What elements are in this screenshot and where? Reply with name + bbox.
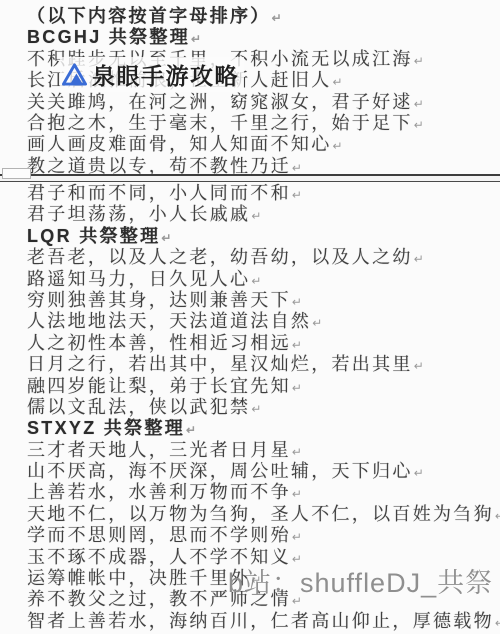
page-break-margin-box	[2, 168, 31, 179]
text-line: STXYZ 共祭整理↵	[27, 418, 494, 439]
paragraph-mark-icon: ↵	[292, 295, 302, 309]
text-line-content: 儒以文乱法，侠以武犯禁	[27, 397, 250, 417]
paragraph-mark-icon: ↵	[186, 423, 196, 437]
text-line: 融四岁能让梨，弟于长宜先知↵	[27, 376, 494, 397]
text-line-content: 三才者天地人，三光者日月星	[27, 440, 291, 460]
text-line-content: 上善若水，水善利万物而不争	[27, 482, 291, 502]
text-line-content: 合抱之木，生于毫末，千里之行，始于足下	[27, 113, 413, 133]
page-break-divider	[0, 174, 500, 182]
text-line-content: 路遥知马力，日久见人心	[27, 269, 250, 289]
text-line-content: 山不厌高，海不厌深，周公吐辅，天下归心	[27, 461, 413, 481]
text-line: 智者上善若水，海纳百川，仁者高山仰止，厚德载物↵	[27, 611, 494, 632]
text-line-content: 关关雎鸠，在河之洲，窈窕淑女，君子好逑	[27, 92, 413, 112]
text-line-content: 融四岁能让梨，弟于长宜先知	[27, 376, 291, 396]
text-line-content: （以下内容按首字母排序）	[27, 6, 271, 26]
paragraph-mark-icon: ↵	[292, 338, 302, 352]
paragraph-mark-icon: ↵	[292, 445, 302, 459]
text-line: 穷则独善其身，达则兼善天下↵	[27, 290, 494, 311]
paragraph-mark-icon: ↵	[333, 75, 343, 89]
text-line: 君子和而不同，小人同而不和↵	[27, 183, 494, 204]
text-line: 上善若水，水善利万物而不争↵	[27, 482, 494, 503]
paragraph-mark-icon: ↵	[414, 359, 424, 373]
text-line: （以下内容按首字母排序）↵	[27, 6, 494, 27]
paragraph-mark-icon: ↵	[495, 509, 500, 523]
paragraph-mark-icon: ↵	[495, 616, 500, 630]
text-line: LQR 共祭整理↵	[27, 226, 494, 247]
paragraph-mark-icon: ↵	[333, 139, 343, 153]
text-line: 人法地地法天，天法道道法自然↵	[27, 311, 494, 332]
text-line-content: LQR 共祭整理	[27, 226, 160, 246]
text-line: 关关雎鸠，在河之洲，窈窕淑女，君子好逑↵	[27, 92, 494, 113]
text-line-content: 智者上善若水，海纳百川，仁者高山仰止，厚德载物	[27, 611, 494, 631]
paragraph-mark-icon: ↵	[414, 118, 424, 132]
text-line-content: 人法地地法天，天法道道法自然	[27, 311, 311, 331]
paragraph-mark-icon: ↵	[292, 161, 302, 175]
text-line-content: BCGHJ 共祭整理	[27, 27, 190, 47]
text-line-content: 君子坦荡荡，小人长戚戚	[27, 204, 250, 224]
paragraph-mark-icon: ↵	[414, 97, 424, 111]
text-line: 画人画皮难面骨，知人知面不知心↵	[27, 134, 494, 155]
text-line: 合抱之木，生于毫末，千里之行，始于足下↵	[27, 113, 494, 134]
text-line: BCGHJ 共祭整理↵	[27, 27, 494, 48]
paragraph-mark-icon: ↵	[251, 274, 261, 288]
text-line-content: 日月之行，若出其中，星汉灿烂，若出其里	[27, 354, 413, 374]
paragraph-mark-icon: ↵	[414, 466, 424, 480]
paragraph-mark-icon: ↵	[414, 252, 424, 266]
triangle-mountain-logo-icon	[62, 62, 87, 87]
top-watermark: 泉眼手游攻略	[60, 57, 244, 92]
text-line-content: 穷则独善其身，达则兼善天下	[27, 290, 291, 310]
paragraph-mark-icon: ↵	[292, 188, 302, 202]
paragraph-mark-icon: ↵	[251, 402, 261, 416]
text-line-content: 画人画皮难面骨，知人知面不知心	[27, 134, 332, 154]
text-line-content: 君子和而不同，小人同而不和	[27, 183, 291, 203]
text-line: 路遥知马力，日久见人心↵	[27, 269, 494, 290]
bottom-watermark-label: b站：shuffleDJ_共祭	[228, 561, 493, 600]
text-line: 三才者天地人，三光者日月星↵	[27, 440, 494, 461]
text-line-content: 运筹帷帐中，决胜千里外	[27, 568, 250, 588]
text-line-content: 天地不仁，以万物为刍狗，圣人不仁，以百姓为刍狗	[27, 504, 494, 524]
document-page: （以下内容按首字母排序）↵ BCGHJ 共祭整理↵ 不积跬步无以至千里，不积小流…	[0, 0, 500, 634]
text-line: 学而不思则罔，思而不学则殆↵	[27, 525, 494, 546]
text-line: 山不厌高，海不厌深，周公吐辅，天下归心↵	[27, 461, 494, 482]
text-line: 老吾老，以及人之老，幼吾幼，以及人之幼↵	[27, 247, 494, 268]
top-watermark-label: 泉眼手游攻略	[92, 58, 239, 91]
paragraph-mark-icon: ↵	[272, 11, 282, 25]
paragraph-mark-icon: ↵	[161, 231, 171, 245]
text-line-content: STXYZ 共祭整理	[27, 418, 185, 438]
paragraph-mark-icon: ↵	[312, 316, 322, 330]
paragraph-mark-icon: ↵	[414, 54, 424, 68]
text-line: 天地不仁，以万物为刍狗，圣人不仁，以百姓为刍狗↵	[27, 504, 494, 525]
text-line: 儒以文乱法，侠以武犯禁↵	[27, 397, 494, 418]
text-line-content: 教之道贵以专，苟不教性乃迁	[27, 156, 291, 176]
paragraph-mark-icon: ↵	[292, 381, 302, 395]
text-line: 君子坦荡荡，小人长戚戚↵	[27, 204, 494, 225]
text-line-content: 人之初性本善，性相近习相远	[27, 333, 291, 353]
paragraph-mark-icon: ↵	[191, 32, 201, 46]
paragraph-mark-icon: ↵	[292, 530, 302, 544]
paragraph-mark-icon: ↵	[292, 487, 302, 501]
text-line: 人之初性本善，性相近习相远↵	[27, 333, 494, 354]
text-line-content: 老吾老，以及人之老，幼吾幼，以及人之幼	[27, 247, 413, 267]
text-line-content: 学而不思则罔，思而不学则殆	[27, 525, 291, 545]
text-line: 日月之行，若出其中，星汉灿烂，若出其里↵	[27, 354, 494, 375]
paragraph-mark-icon: ↵	[251, 209, 261, 223]
